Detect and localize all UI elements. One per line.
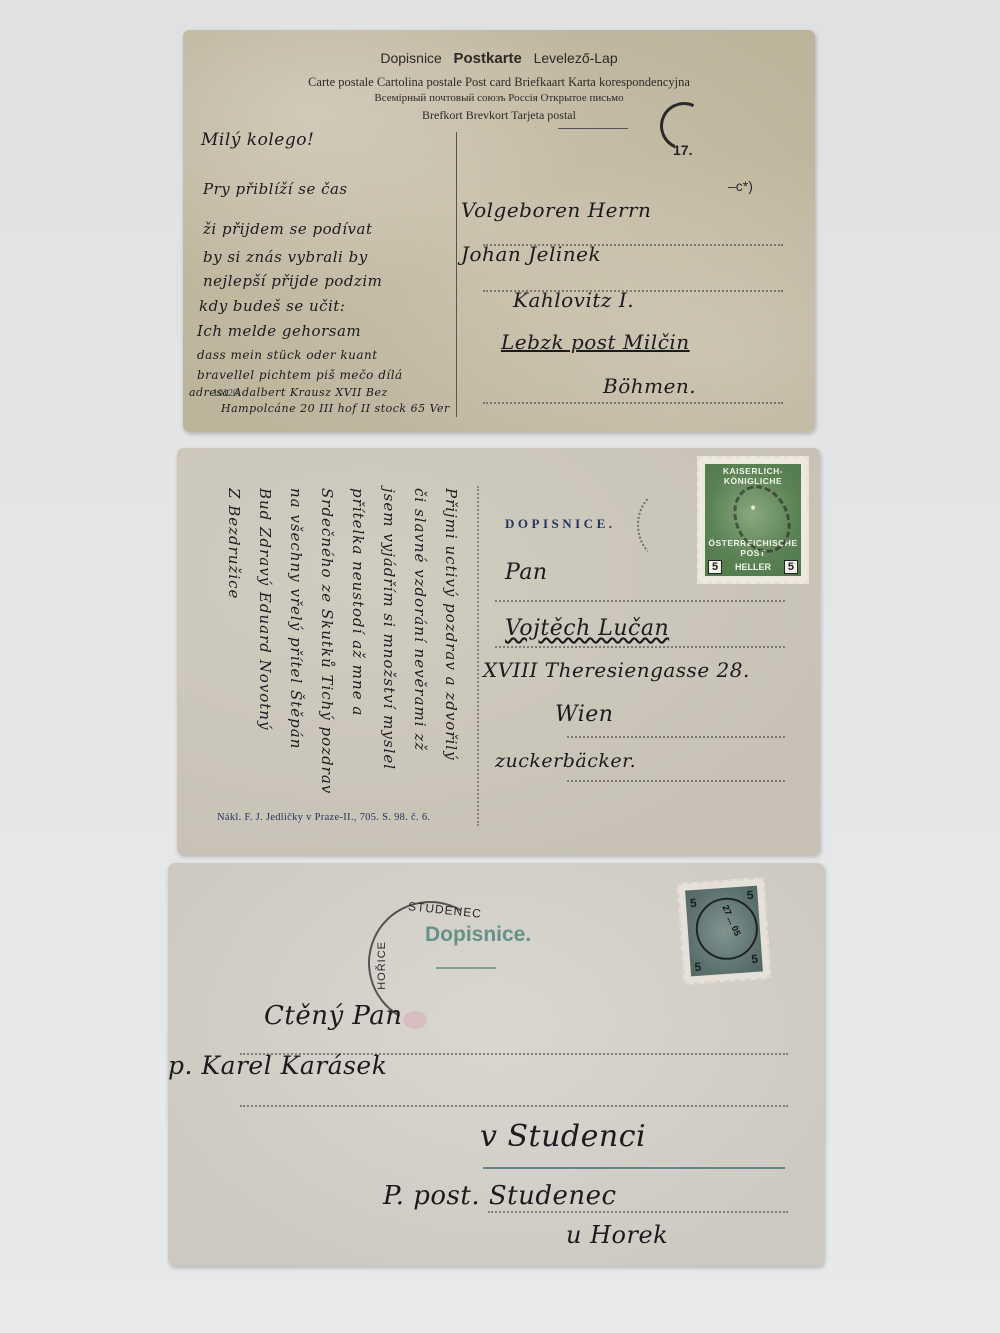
message-line: kdy budeš se učit: — [199, 297, 345, 315]
message-line: bravellel pichtem piš mečo dílá — [197, 368, 403, 382]
message-line: Přijmi uctivý pozdrav a zdvořilý — [442, 488, 460, 761]
address-line: Vojtěch Lučan — [505, 616, 669, 641]
address-dotted-line — [488, 1211, 788, 1213]
postmark-side-text: HOŘICE — [376, 941, 388, 990]
postmark-arc — [637, 488, 701, 562]
address-dotted-line — [240, 1105, 788, 1107]
address-line: Johan Jelinek — [461, 242, 601, 266]
stamp-text-top: KAISERLICH-KÖNIGLICHE — [705, 466, 801, 486]
address-line: Lebzk post Milčin — [501, 330, 690, 354]
postcard-2: Přijmi uctivý pozdrav a zdvořilý či slav… — [177, 448, 820, 855]
header-line-1: Dopisnice Postkarte Levelező-Lap — [183, 50, 815, 67]
header-postkarte: Postkarte — [454, 50, 522, 67]
stamp-value: 5 — [751, 952, 759, 966]
address-line: u Horek — [566, 1221, 668, 1249]
stamp-value-left: 5 — [708, 560, 722, 574]
address-line: zuckerbäcker. — [495, 750, 636, 772]
address-line: Ctěný Pan — [264, 1001, 403, 1031]
address-dotted-line — [483, 402, 783, 404]
card-divider — [477, 486, 479, 826]
message-line: či slavné vzdorání nevěrami zž — [411, 488, 429, 751]
address-dotted-line — [567, 736, 785, 738]
address-dotted-line — [495, 600, 785, 602]
message-line: dass mein stück oder kuant — [197, 348, 378, 362]
address-line: Kahlovitz I. — [513, 288, 634, 312]
address-line: P. post. Studenec — [383, 1181, 617, 1211]
message-line: jsem vyjádřím si množství myslel — [380, 488, 398, 770]
message-line: nejlepší přijde podzim — [203, 272, 382, 290]
stamp-unit: HELLER — [735, 562, 771, 572]
title-underline — [436, 967, 496, 969]
message-line: Z Bezdružice — [225, 488, 243, 599]
header-levelezo: Levelező-Lap — [534, 50, 618, 66]
header-dopisnice: Dopisnice — [380, 50, 441, 66]
message-line: Milý kolego! — [201, 130, 314, 150]
message-line: Hampolcáne 20 III hof II stock 65 Ver — [221, 402, 450, 415]
stamp-face: 5 5 5 5 27 ... 05 — [685, 886, 763, 977]
header-line-3: Всемірный почтовый союзъ Россія Открытое… — [183, 92, 815, 104]
address-line: Wien — [555, 702, 613, 727]
message-line: přítelka neustodí až mne a — [349, 488, 367, 716]
card-divider — [456, 132, 457, 417]
publisher-imprint: Nákl. F. J. Jedličky v Praze-II., 705. S… — [217, 812, 430, 823]
message-line: Srdečného ze Skutků Tichý pozdrav — [318, 488, 336, 794]
header-line-4: Brefkort Brevkort Tarjeta postal — [183, 108, 815, 123]
stamp-value: 5 — [689, 896, 697, 910]
print-number: 10120 — [213, 388, 238, 399]
card-title: Dopisnice. — [425, 923, 531, 947]
stamp-value-row: 5 HELLER 5 — [708, 560, 798, 574]
address-line: Pan — [505, 560, 548, 585]
postcard-1: Dopisnice Postkarte Levelező-Lap Carte p… — [183, 30, 815, 432]
message-line: Ich melde gehorsam — [197, 322, 361, 340]
stamp-face: KAISERLICH-KÖNIGLICHE ⚜ ÖSTERREICHISCHE … — [705, 464, 801, 576]
address-line: Böhmen. — [603, 374, 696, 398]
header-underline — [558, 128, 628, 129]
address-dotted-line — [567, 780, 785, 782]
stamp-value: 5 — [694, 960, 702, 974]
address-underline — [483, 1167, 785, 1169]
message-line: Pry přiblíží se čas — [203, 180, 348, 198]
address-line: p. Karel Karásek — [168, 1051, 387, 1080]
postage-stamp: KAISERLICH-KÖNIGLICHE ⚜ ÖSTERREICHISCHE … — [697, 456, 809, 584]
stamp-value: 5 — [746, 888, 754, 902]
card-title: DOPISNICE. — [505, 516, 616, 532]
address-line: Volgeboren Herrn — [461, 198, 651, 222]
vertical-message: Přijmi uctivý pozdrav a zdvořilý či slav… — [197, 488, 467, 818]
message-line: by si znás vybrali by — [203, 248, 368, 266]
stamp-value-right: 5 — [784, 560, 798, 574]
address-line: v Studenci — [480, 1119, 646, 1154]
message-line: Bud Zdravý Eduard Novotný — [256, 488, 274, 730]
postage-stamp: 5 5 5 5 27 ... 05 — [677, 877, 772, 985]
address-dotted-line — [495, 646, 785, 648]
postmark-number: 17. — [673, 142, 692, 158]
message-line: ži přijdem se podívat — [203, 220, 372, 238]
ink-stain — [403, 1011, 427, 1029]
message-line: na všechny vřelý přítel Štěpán — [287, 488, 305, 749]
postcard-3: STUDENEC HOŘICE Dopisnice. 5 5 5 5 27 ..… — [168, 863, 824, 1266]
address-line: XVIII Theresiengasse 28. — [483, 658, 750, 682]
header-line-2: Carte postale Cartolina postale Post car… — [183, 75, 815, 90]
postmark-fragment: ‒c*) — [728, 178, 753, 194]
